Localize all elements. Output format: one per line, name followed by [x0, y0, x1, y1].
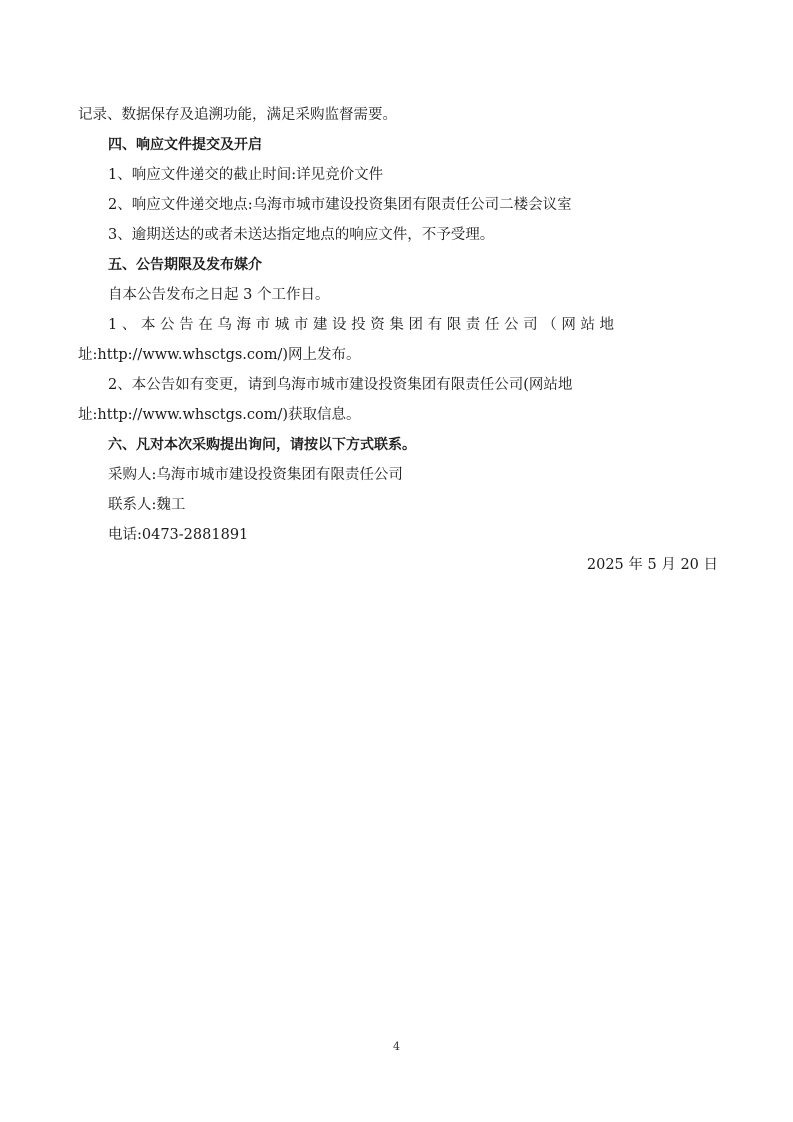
paragraph-announcement-period: 自本公告发布之日起 3 个工作日。	[78, 280, 718, 310]
document-page: 记录、数据保存及追溯功能，满足采购监督需要。 四、响应文件提交及开启 1、响应文…	[78, 100, 718, 580]
contact-person: 联系人:魏工	[78, 490, 718, 520]
paragraph-location: 2、响应文件递交地点:乌海市城市建设投资集团有限责任公司二楼会议室	[78, 190, 718, 220]
paragraph-continuation: 记录、数据保存及追溯功能，满足采购监督需要。	[78, 100, 718, 130]
paragraph-deadline: 1、响应文件递交的截止时间:详见竞价文件	[78, 160, 718, 190]
page-number: 4	[0, 1040, 793, 1053]
section-heading-6: 六、凡对本次采购提出询问，请按以下方式联系。	[78, 430, 718, 460]
paragraph-change-notice-line1: 2、本公告如有变更，请到乌海市城市建设投资集团有限责任公司(网站地	[78, 370, 718, 400]
paragraph-publish-site-line2: 址:http://www.whsctgs.com/)网上发布。	[78, 340, 718, 370]
paragraph-change-notice-line2: 址:http://www.whsctgs.com/)获取信息。	[78, 400, 718, 430]
paragraph-late-submission: 3、逾期送达的或者未送达指定地点的响应文件，不予受理。	[78, 220, 718, 250]
section-heading-5: 五、公告期限及发布媒介	[78, 250, 718, 280]
document-date: 2025 年 5 月 20 日	[78, 550, 718, 580]
paragraph-publish-site-line1: 1 、 本 公 告 在 乌 海 市 城 市 建 设 投 资 集 团 有 限 责 …	[78, 310, 718, 340]
phone-number: 电话:0473-2881891	[78, 520, 718, 550]
section-heading-4: 四、响应文件提交及开启	[78, 130, 718, 160]
purchaser-info: 采购人:乌海市城市建设投资集团有限责任公司	[78, 460, 718, 490]
